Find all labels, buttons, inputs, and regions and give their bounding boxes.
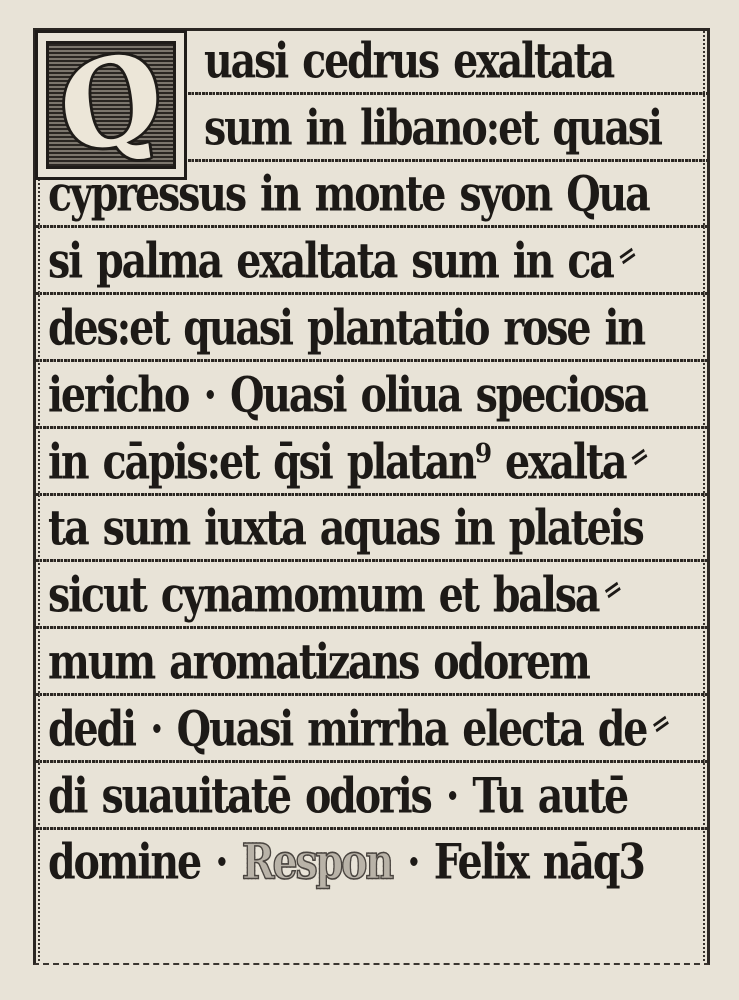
line-9-text: sicut cynamomum et balsa — [48, 566, 598, 623]
page: Q uasi cedrus exaltata sum in libano:et … — [0, 0, 739, 1000]
line-13-text-a: domine · — [48, 833, 242, 890]
text-line-10: mum aromatizans odorem — [36, 632, 707, 699]
text-line-5: des:et quasi plantatio rose in — [36, 298, 707, 365]
line-10-text: mum aromatizans odorem — [48, 633, 589, 690]
initial-hatched-background: Q — [46, 41, 176, 169]
line-13-text-b: · Felix nāq3 — [392, 833, 644, 890]
text-line-13: domine · Respon · Felix nāq3 — [36, 833, 707, 900]
line-7-text: in cāpis:et q̄si platan⁹ exalta — [48, 432, 625, 489]
text-line-12: di suauitatē odoris · Tu autē — [36, 766, 707, 833]
line-8-text: ta sum iuxta aquas in plateis — [48, 499, 643, 556]
line-1-text: uasi cedrus exaltata — [204, 32, 613, 89]
text-line-8: ta sum iuxta aquas in plateis — [36, 499, 707, 566]
text-line-7: in cāpis:et q̄si platan⁹ exalta= — [36, 432, 707, 499]
line-break-hyphen: = — [620, 426, 659, 487]
text-line-4: si palma exaltata sum in ca= — [36, 231, 707, 298]
text-line-9: sicut cynamomum et balsa= — [36, 565, 707, 632]
text-line-6: iericho · Quasi oliua speciosa — [36, 365, 707, 432]
line-6-text: iericho · Quasi oliua speciosa — [48, 366, 647, 423]
line-break-hyphen: = — [608, 226, 647, 287]
line-11-text: dedi · Quasi mirrha electa de — [48, 700, 646, 757]
line-2-text: sum in libano:et quasi — [204, 98, 661, 155]
initial-letter-q: Q — [46, 41, 176, 169]
line-12-text: di suauitatē odoris · Tu autē — [48, 766, 627, 823]
rubric-respon: Respon — [242, 833, 392, 890]
text-line-11: dedi · Quasi mirrha electa de= — [36, 699, 707, 766]
decorated-initial-box: Q — [35, 30, 187, 180]
line-break-hyphen: = — [641, 693, 680, 754]
line-5-text: des:et quasi plantatio rose in — [48, 299, 644, 356]
line-break-hyphen: = — [593, 560, 632, 621]
line-4-text: si palma exaltata sum in ca — [48, 232, 613, 289]
